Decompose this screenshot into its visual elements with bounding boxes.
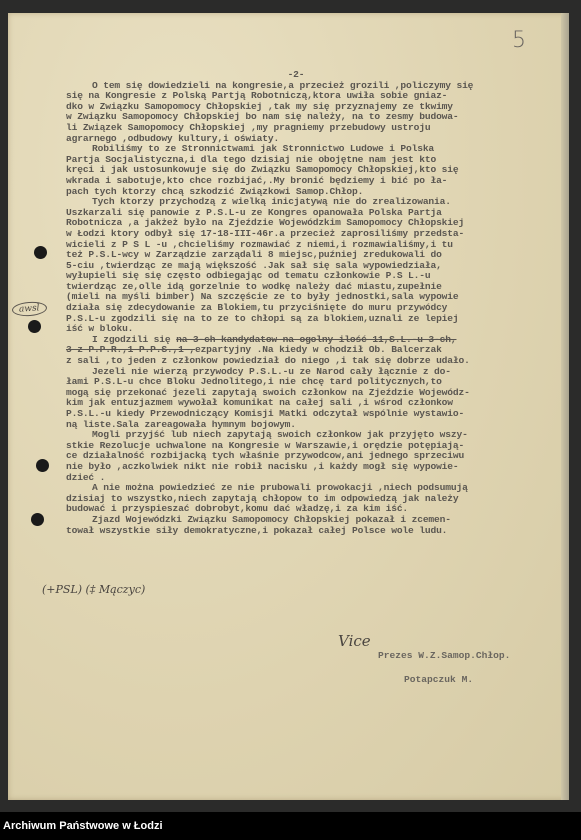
text-line: Tych ktorzy przychodzą z wielką inicjaty…: [66, 197, 556, 208]
text-line: kręci i jak ustosunkowuje się do Związku…: [66, 165, 556, 176]
struck-text: na 3-ch kandydatow na ogolny ilość 11,S.…: [176, 335, 456, 345]
text-line: P.S.L-u zgodzili się na to ze to chłopi …: [66, 314, 556, 325]
text-line: budować i przyspieszać dobrobyt,komu dać…: [66, 504, 556, 515]
signature-block: Prezes W.Z.Samop.Chłop. Potapczuk M.: [378, 644, 510, 692]
signature-title: Prezes W.Z.Samop.Chłop.: [378, 644, 510, 668]
punch-hole: [36, 459, 49, 472]
text-line: wyłupieli się się często odbiegając od t…: [66, 271, 556, 282]
text-line: też P.S.L-wcy w Zarządzie zarządali 8 mi…: [66, 250, 556, 261]
text-line: w Związku Samopomocy Chłopskiej bo nam s…: [66, 112, 556, 123]
text-line: A nie można powiedzieć ze nie prubowali …: [66, 483, 556, 494]
text-line: w Łodzi ktory odbył się 17-18-III-46r.a …: [66, 229, 556, 240]
text-line: Partja Socjalistyczna,i dla tego dzisiaj…: [66, 155, 556, 166]
text-line: działa się zdecydowanie za Blokiem,tu pr…: [66, 303, 556, 314]
text-line: Uszkarzali się panowie z P.S.L-u ze Kong…: [66, 208, 556, 219]
page-edge: [561, 13, 569, 800]
text-line: Robiliśmy to ze Stronnictwami jak Stronn…: [66, 144, 556, 155]
text-line: li Związek Samopomocy Chłopskiej ,my pra…: [66, 123, 556, 134]
text-line: mogą się przekonać jezeli zapytają swoic…: [66, 388, 556, 399]
text-line: kim jak entuzjazmem wywołał komunikat na…: [66, 398, 556, 409]
page-number: -2-: [36, 70, 556, 81]
handwritten-note: (+PSL) (‡ Mączyc): [42, 583, 145, 596]
text-line: dzisiaj to wszystko,niech zapytają chłop…: [66, 494, 556, 505]
text-line: O tem się dowiedzieli na kongresie,a prz…: [66, 81, 556, 92]
text-line: pach tych ktorzy chcą szkodzić Związkowi…: [66, 187, 556, 198]
punch-hole: [28, 320, 41, 333]
text-line: (mieli na myśli bimber) Na szczęście ze …: [66, 292, 556, 303]
text-line: tował wszystkie siły demokratyczne,i pok…: [66, 526, 556, 537]
text-line: Zjazd Wojewódzki Związku Samopomocy Chło…: [66, 515, 556, 526]
text-line: wicieli z P S L -u ,chcieliśmy rozmawiać…: [66, 240, 556, 251]
text-line: P.S.L.-u kiedy Przewodniczący Komisji Ma…: [66, 409, 556, 420]
text-line: ną liste.Sala zareagowała hymnym bojowym…: [66, 420, 556, 431]
corner-page-number: 5: [512, 28, 526, 53]
text-line: 5-ciu ,twierdząc ze mają większość .Jak …: [66, 261, 556, 272]
struck-text: 3 z P.P.R.,1 P.P.S.,1 ,: [66, 345, 195, 355]
punch-hole: [31, 513, 44, 526]
text-line: dzieć .: [66, 473, 556, 484]
text-line: dko w Związku Samopomocy Chłopskiej ,tak…: [66, 102, 556, 113]
text-line: 3 z P.P.R.,1 P.P.S.,1 ,ezpartyjny .Na ki…: [66, 345, 556, 356]
signature-name: Potapczuk M.: [378, 668, 510, 692]
text-line: wkrada i sabotuje,kto chce rozbijać,.My …: [66, 176, 556, 187]
text-line: nie było ,aczkolwiek nikt nie robił naci…: [66, 462, 556, 473]
text-line: iść w bloku.: [66, 324, 556, 335]
typed-body: -2- O tem się dowiedzieli na kongresie,a…: [66, 70, 556, 536]
punch-hole: [34, 246, 47, 259]
text-line: stkie Rezolucje uchwalone na Kongresie w…: [66, 441, 556, 452]
text-line: twierdząc ze,olle idą gorzelnie to wodkę…: [66, 282, 556, 293]
text-line: Jezeli nie wierzą przywodcy P.S.L.-u ze …: [66, 367, 556, 378]
text-line: Mogli przyjść lub niech zapytają swoich …: [66, 430, 556, 441]
text-line: agrarnego ,odbudowy kultury,i oświaty.: [66, 134, 556, 145]
archive-caption: Archiwum Państwowe w Łodzi: [3, 820, 163, 832]
text-line: I zgodzili się na 3-ch kandydatow na ogo…: [66, 335, 556, 346]
signature-handwritten: Vice: [338, 632, 371, 650]
text-line: z sali ,to jeden z członkow powiedział d…: [66, 356, 556, 367]
text-line: się na Kongresie z Polską Partją Robotni…: [66, 91, 556, 102]
text-line: łami P.S.L-u chce Bloku Jednolitego,i ni…: [66, 377, 556, 388]
text-line: ce działalność rozbijacką tych właśnie p…: [66, 451, 556, 462]
text-line: Robotnicza ,a jakżeż było na Zjeździe Wo…: [66, 218, 556, 229]
